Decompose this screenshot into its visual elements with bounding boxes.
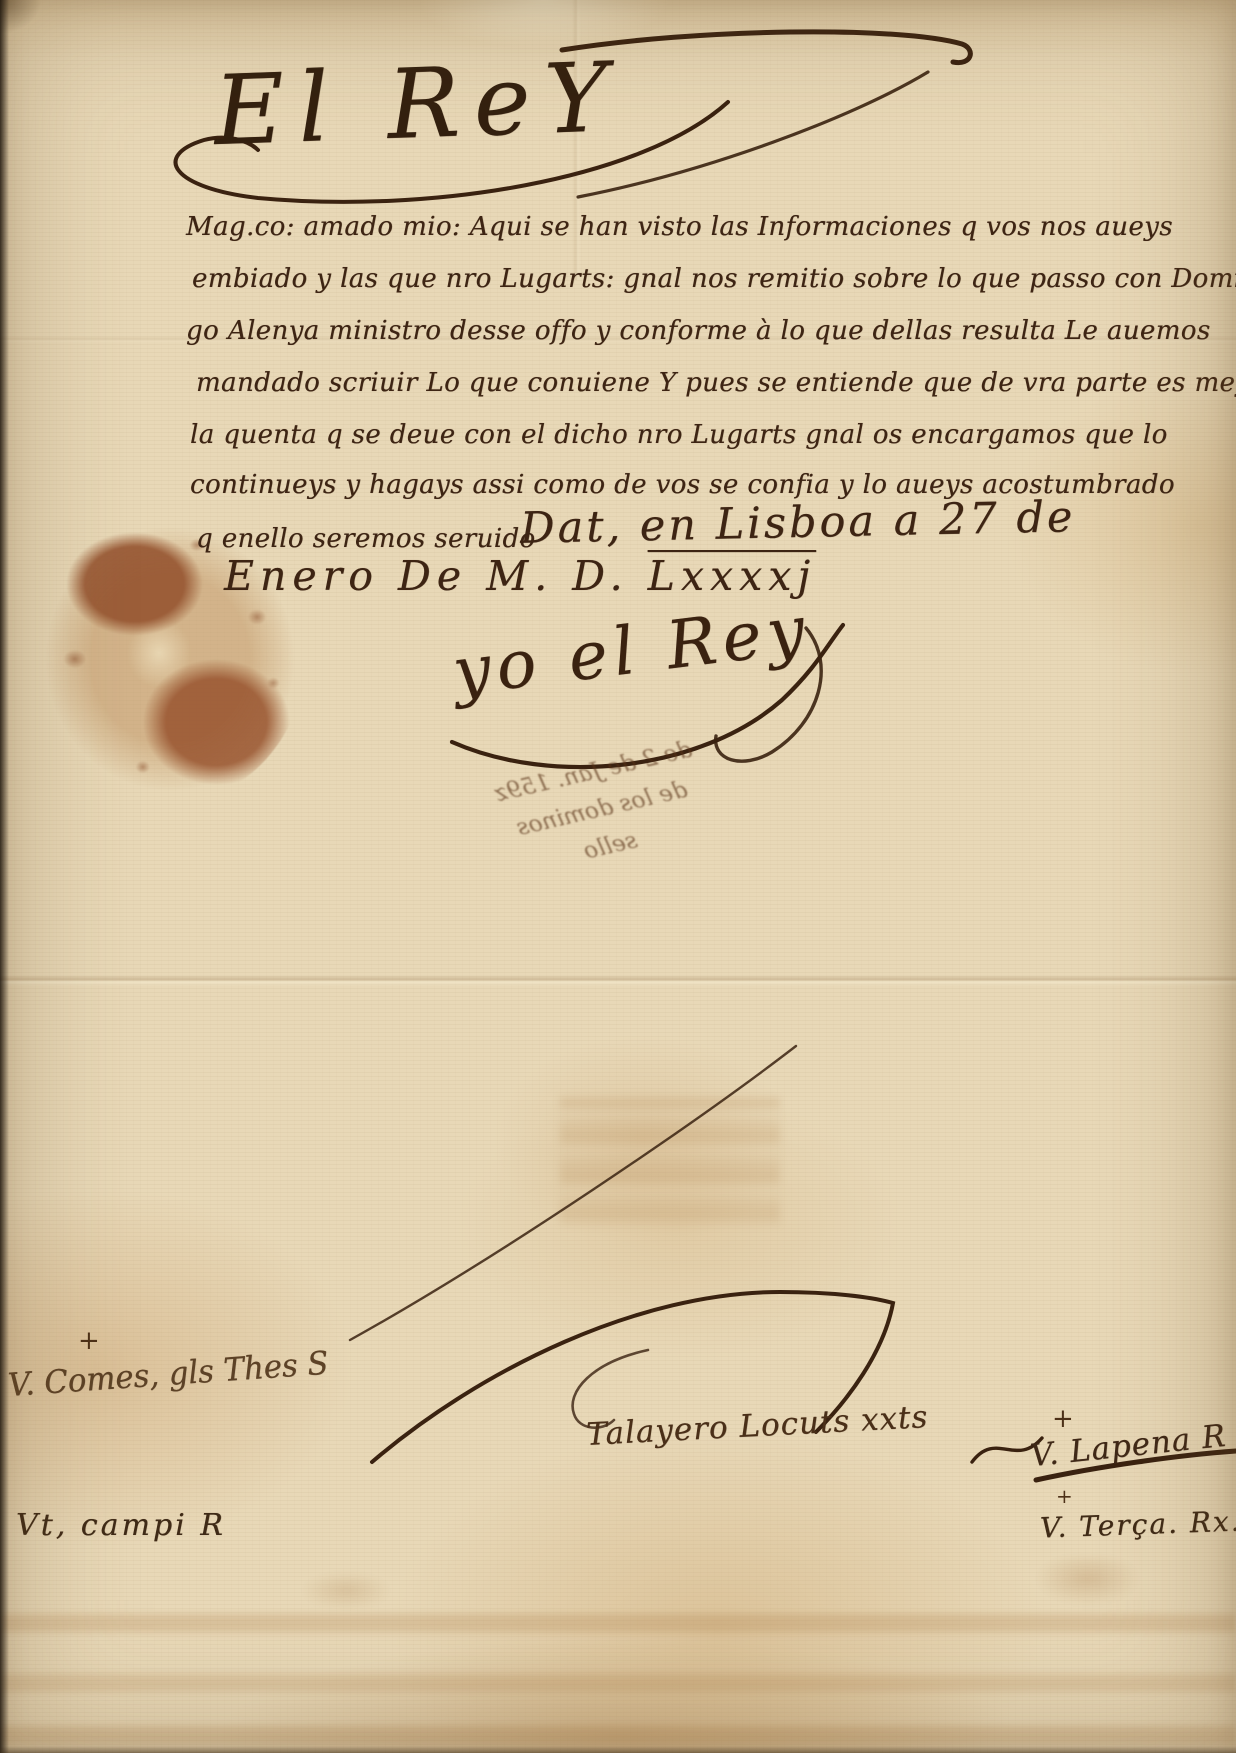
fold-crease-horizontal-middle xyxy=(0,975,1236,986)
terca-cross-mark: + xyxy=(1056,1484,1073,1508)
signature-terca: V. Terça. Rx. xyxy=(1039,1504,1236,1544)
signature-campi: Vt, campi R xyxy=(16,1508,226,1543)
dateline-month-year: Enero De M. D. Lxxxxj xyxy=(224,552,816,600)
body-line-4: mandado scriuir Lo que conuiene Y pues s… xyxy=(196,368,1236,398)
signature-talayero: Talayero Locuts xxts xyxy=(585,1399,929,1453)
body-line-2: embiado y las que nro Lugarts: gnal nos … xyxy=(192,264,1236,294)
dateline-place-day: Dat, en Lisboa a 27 de xyxy=(520,492,1076,554)
ink-bleed-through-bottom xyxy=(0,1555,1236,1753)
dateline-month: Enero De M. D. xyxy=(224,552,648,600)
body-line-7: q enello seremos seruido xyxy=(196,524,536,554)
aging-stains xyxy=(0,0,1236,1753)
letter-heading-el-rey: El ReY xyxy=(212,41,623,167)
royal-signature-yo-el-rey: yo el Rey xyxy=(449,590,815,710)
pen-flourishes xyxy=(0,0,1236,1753)
manuscript-page: El ReY Mag.co: amado mio: Aqui se han vi… xyxy=(0,0,1236,1753)
comes-cross-mark: + xyxy=(78,1326,100,1356)
body-line-1: Mag.co: amado mio: Aqui se han visto las… xyxy=(186,212,1173,242)
bleed-through-text: de 2 de Jan. 159z de los dominos sello xyxy=(453,722,751,896)
signature-comes: V. Comes, gls Thes S xyxy=(7,1344,330,1404)
paper-texture xyxy=(0,0,1236,1753)
left-page-edge xyxy=(0,0,9,1753)
lapena-cross-mark: + xyxy=(1052,1404,1074,1434)
edge-vignette xyxy=(0,0,1236,1753)
body-line-5: la quenta q se deue con el dicho nro Lug… xyxy=(190,420,1168,450)
bottom-page-edge xyxy=(0,1746,1236,1753)
body-line-3: go Alenya ministro desse offo y conforme… xyxy=(186,316,1211,346)
ink-bleed-through-middle xyxy=(560,1085,780,1245)
